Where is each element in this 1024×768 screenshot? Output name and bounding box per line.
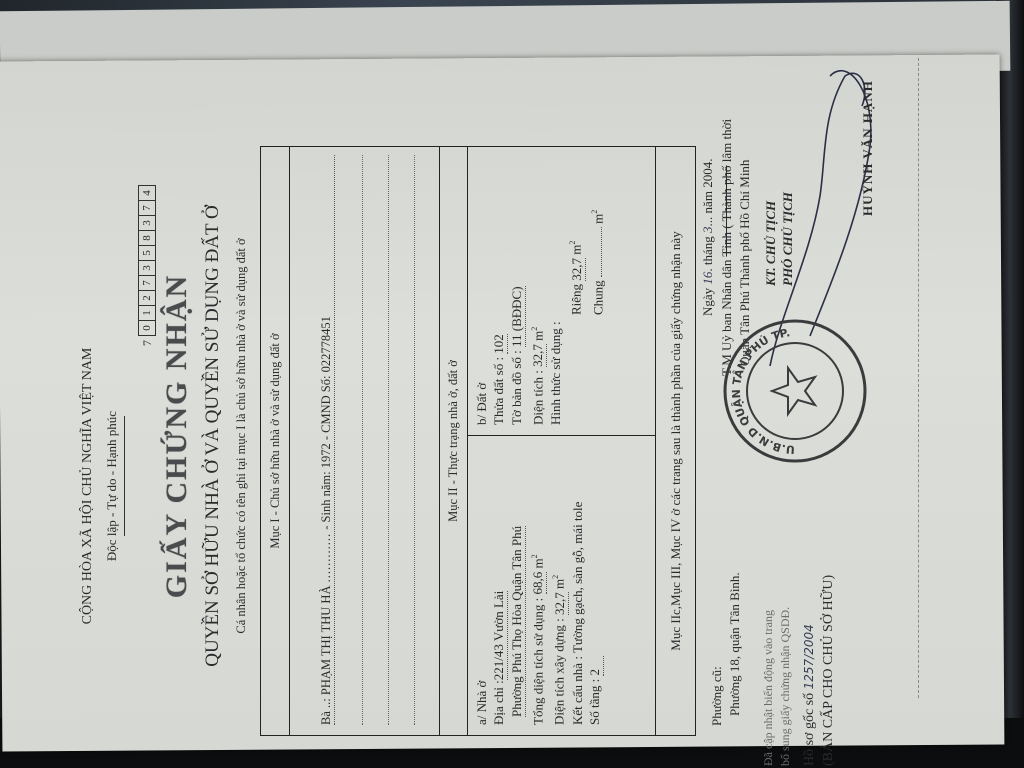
intro-text: Cá nhân hoặc tổ chức có tên ghi tại mục … (234, 136, 249, 736)
total-floor-area: 68,6 (529, 572, 547, 595)
floors: 2 (586, 656, 604, 676)
address: 221/43 Vườn Lài (490, 591, 508, 681)
owner-name: PHẠM THỊ THU HÀ (319, 586, 333, 696)
land-area: 32,7 (529, 344, 547, 367)
issue-date: Ngày 16. tháng 3... năm 2004. (700, 159, 716, 316)
certificate-title: GIẤY CHỨNG NHẬN (160, 136, 194, 736)
land-info: b/ Đất ở Thửa đất số : 102 Tờ bản đồ số … (467, 147, 655, 435)
file-number: Hồ sơ gốc số 1257/2004 (BẢN CẤP CHO CHỦ … (800, 575, 838, 766)
fold-line (918, 58, 920, 698)
certificate-table: Mục I - Chủ sở hữu nhà ở và sử dụng đất … (260, 146, 696, 736)
birth-year: 1972 (319, 443, 333, 468)
old-ward: Phường cũ: Phường 18, quận Tân Bình. (708, 572, 744, 726)
motto: Độc lập - Tự do - Hạnh phúc (104, 276, 120, 696)
blank-line (387, 155, 389, 725)
section1-heading: Mục I - Chủ sở hữu nhà ở và sử dụng đất … (261, 147, 290, 735)
continuation-note: Mục IIc,Mục III, Mục IV ở các trang sau … (655, 147, 696, 735)
official-stamp-icon: U.B.N.D QUẬN TÂN PHÚ TP. HỒ CHÍ MINH (720, 316, 870, 466)
signer-name: HUỲNH VĂN HẠNH (860, 80, 876, 216)
blank-line (361, 155, 363, 725)
blank-line (413, 155, 415, 725)
id-number: 022778451 (319, 316, 333, 372)
shared-area (601, 227, 602, 277)
nation-header: CỘNG HÒA XÃ HỘI CHỦ NGHĨA VIỆT NAM (80, 276, 96, 696)
serial-number: 7 0 1 2 7 3 5 8 3 7 4 (138, 185, 156, 346)
address-line2: Phường Phú Thọ Hòa Quận Tân Phú (508, 526, 526, 717)
motto-underline (124, 416, 125, 536)
map-sheet: 11 (BĐĐC) (508, 286, 526, 347)
plot-number: 102 (490, 334, 508, 354)
house-info: a/ Nhà ở Địa chỉ :221/43 Vườn Lài Phường… (467, 435, 655, 735)
copy-note: (BẢN CẤP CHO CHỦ SỞ HỮU) (819, 575, 838, 766)
built-area: 32,7 (551, 592, 569, 615)
section2-heading: Mục II - Thực trạng nhà ở, đất ở (439, 147, 468, 735)
certificate-document: CỘNG HÒA XÃ HỘI CHỦ NGHĨA VIỆT NAM Độc l… (60, 76, 900, 736)
owner-line: Bà ..: PHẠM THỊ THU HÀ ............ - Si… (319, 155, 335, 725)
certificate-subtitle: QUYỀN SỞ HỮU NHÀ Ở VÀ QUYỀN SỬ DỤNG ĐẤT … (202, 136, 224, 736)
section1-body: Bà ..: PHẠM THỊ THU HÀ ............ - Si… (289, 147, 440, 735)
structure: Tường gạch, sàn gỗ, mái tole (570, 502, 585, 653)
update-stamp-text: Đã cập nhật biến động vào trang bổ sung … (760, 607, 794, 766)
private-area: 32,7 (568, 258, 586, 281)
